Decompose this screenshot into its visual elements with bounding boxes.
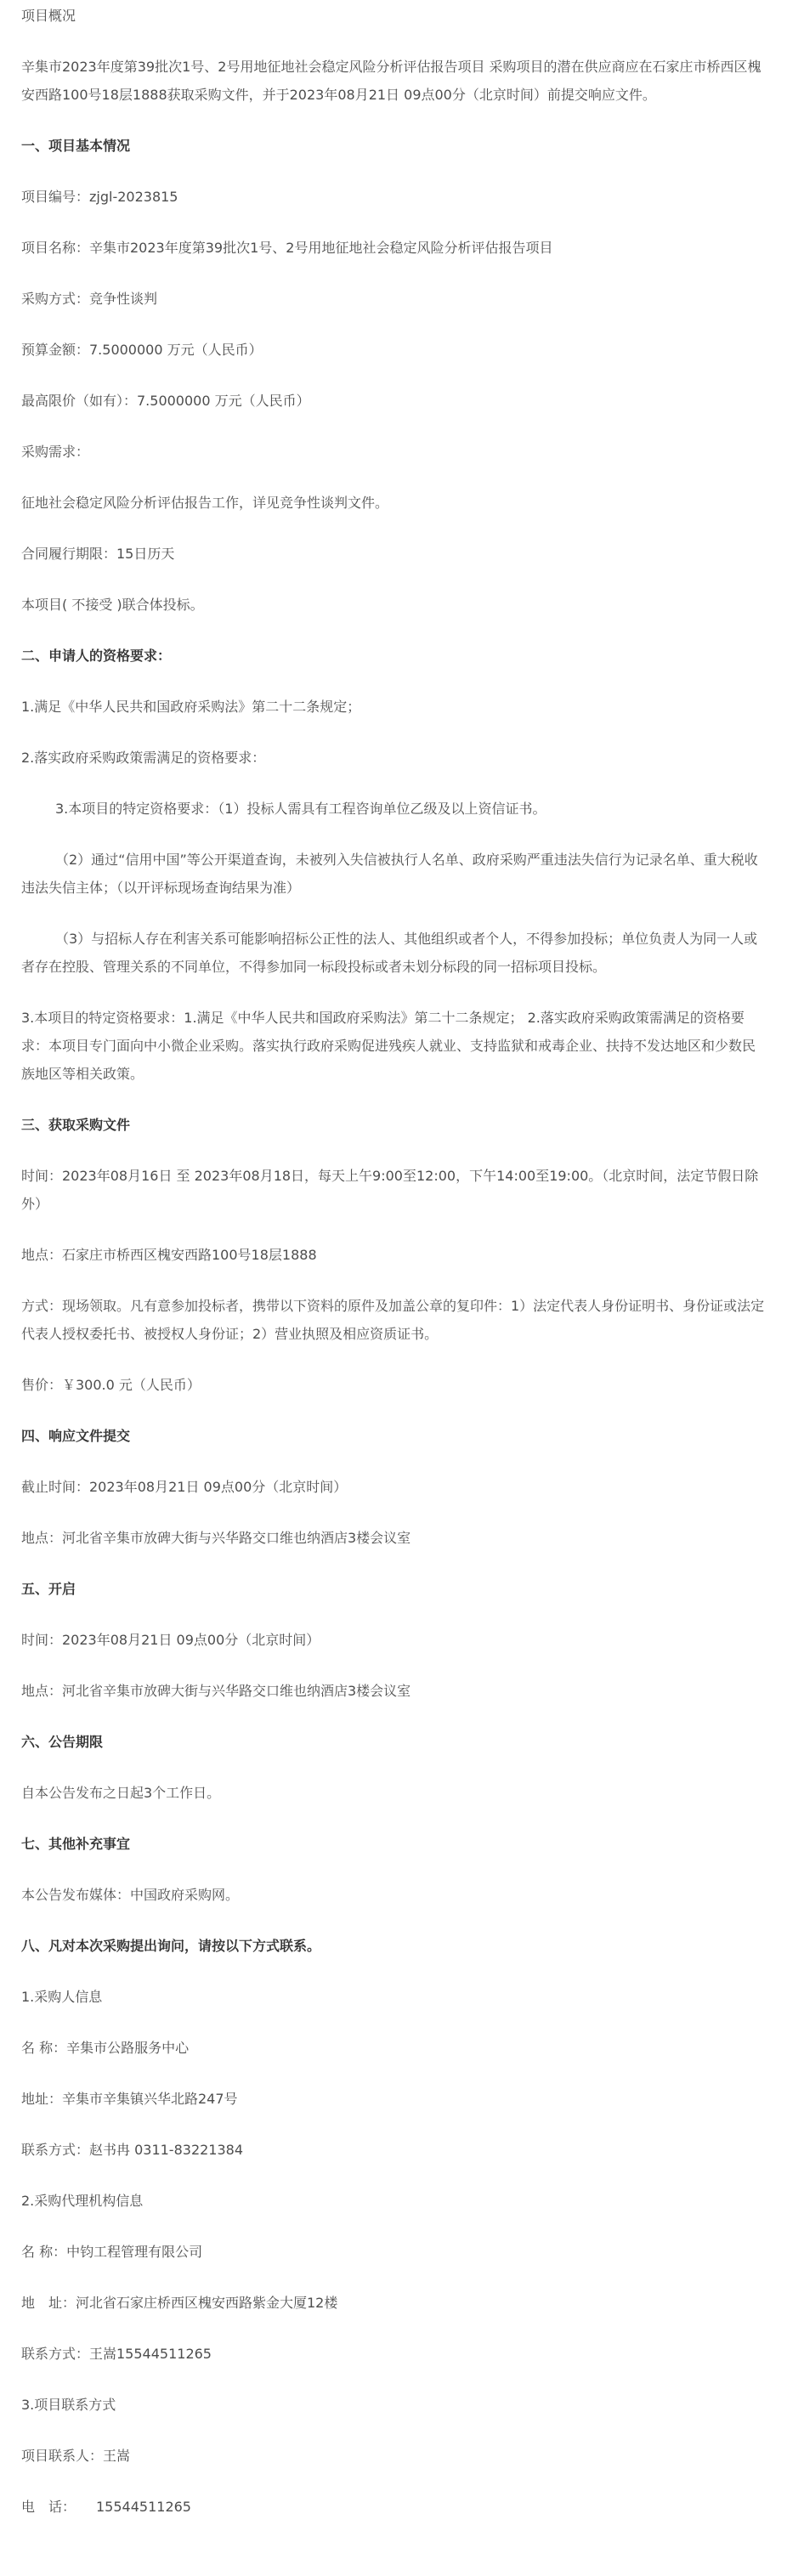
paragraph: 3.本项目的特定资格要求：（1）投标人需具有工程咨询单位乙级及以上资信证书。 bbox=[21, 795, 766, 823]
procurement-notice-document: 项目概况 辛集市2023年度第39批次1号、2号用地征地社会稳定风险分析评估报告… bbox=[0, 0, 787, 2576]
paragraph: 名 称：辛集市公路服务中心 bbox=[21, 2034, 766, 2062]
paragraph: 时间：2023年08月16日 至 2023年08月18日，每天上午9:00至12… bbox=[21, 1162, 766, 1218]
paragraph: 项目名称：辛集市2023年度第39批次1号、2号用地征地社会稳定风险分析评估报告… bbox=[21, 234, 766, 262]
paragraph: 方式：现场领取。凡有意参加投标者，携带以下资料的原件及加盖公章的复印件：1）法定… bbox=[21, 1292, 766, 1348]
paragraph: 自本公告发布之日起3个工作日。 bbox=[21, 1779, 766, 1807]
page-title: 项目概况 bbox=[21, 2, 766, 30]
section-heading: 五、开启 bbox=[21, 1575, 766, 1603]
paragraph: 时间：2023年08月21日 09点00分（北京时间） bbox=[21, 1626, 766, 1654]
paragraph: 采购方式：竞争性谈判 bbox=[21, 285, 766, 313]
paragraph: 联系方式：赵书冉 0311-83221384 bbox=[21, 2136, 766, 2164]
paragraph: 采购需求： bbox=[21, 438, 766, 466]
section-heading: 二、申请人的资格要求： bbox=[21, 642, 766, 670]
paragraph: 1.满足《中华人民共和国政府采购法》第二十二条规定； bbox=[21, 693, 766, 721]
paragraph: 地点：石家庄市桥西区槐安西路100号18层1888 bbox=[21, 1241, 766, 1269]
paragraph: 联系方式：王嵩15544511265 bbox=[21, 2340, 766, 2368]
paragraph: 地点：河北省辛集市放碑大街与兴华路交口维也纳酒店3楼会议室 bbox=[21, 1524, 766, 1552]
section-heading: 四、响应文件提交 bbox=[21, 1422, 766, 1450]
paragraph: 辛集市2023年度第39批次1号、2号用地征地社会稳定风险分析评估报告项目 采购… bbox=[21, 53, 766, 109]
paragraph: 3.项目联系方式 bbox=[21, 2391, 766, 2419]
paragraph: 2.落实政府采购政策需满足的资格要求： bbox=[21, 744, 766, 772]
section-heading: 六、公告期限 bbox=[21, 1728, 766, 1756]
paragraph: 2.采购代理机构信息 bbox=[21, 2187, 766, 2215]
paragraph: 售价：￥300.0 元（人民币） bbox=[21, 1371, 766, 1399]
paragraph: 1.采购人信息 bbox=[21, 1983, 766, 2011]
paragraph: 地 址：河北省石家庄桥西区槐安西路紫金大厦12楼 bbox=[21, 2289, 766, 2317]
paragraph: 电 话： 15544511265 bbox=[21, 2493, 766, 2521]
document-body: 辛集市2023年度第39批次1号、2号用地征地社会稳定风险分析评估报告项目 采购… bbox=[21, 53, 766, 2521]
paragraph: 本项目( 不接受 )联合体投标。 bbox=[21, 591, 766, 619]
paragraph: 最高限价（如有）：7.5000000 万元（人民币） bbox=[21, 387, 766, 415]
paragraph: （2）通过“信用中国”等公开渠道查询，未被列入失信被执行人名单、政府采购严重违法… bbox=[21, 846, 766, 902]
paragraph: 地址：辛集市辛集镇兴华北路247号 bbox=[21, 2085, 766, 2113]
paragraph: 征地社会稳定风险分析评估报告工作，详见竞争性谈判文件。 bbox=[21, 489, 766, 517]
paragraph: 本公告发布媒体：中国政府采购网。 bbox=[21, 1881, 766, 1909]
section-heading: 三、获取采购文件 bbox=[21, 1111, 766, 1139]
paragraph: 3.本项目的特定资格要求：1.满足《中华人民共和国政府采购法》第二十二条规定； … bbox=[21, 1004, 766, 1088]
paragraph: 地点：河北省辛集市放碑大街与兴华路交口维也纳酒店3楼会议室 bbox=[21, 1677, 766, 1705]
paragraph: 项目联系人：王嵩 bbox=[21, 2442, 766, 2470]
section-heading: 一、项目基本情况 bbox=[21, 132, 766, 160]
paragraph: 预算金额：7.5000000 万元（人民币） bbox=[21, 336, 766, 364]
paragraph: （3）与招标人存在利害关系可能影响招标公正性的法人、其他组织或者个人，不得参加投… bbox=[21, 925, 766, 981]
paragraph: 截止时间：2023年08月21日 09点00分（北京时间） bbox=[21, 1473, 766, 1501]
paragraph: 名 称：中钧工程管理有限公司 bbox=[21, 2238, 766, 2266]
section-heading: 七、其他补充事宜 bbox=[21, 1830, 766, 1858]
section-heading: 八、凡对本次采购提出询问，请按以下方式联系。 bbox=[21, 1932, 766, 1960]
paragraph: 项目编号：zjgl-2023815 bbox=[21, 183, 766, 211]
paragraph: 合同履行期限：15日历天 bbox=[21, 540, 766, 568]
